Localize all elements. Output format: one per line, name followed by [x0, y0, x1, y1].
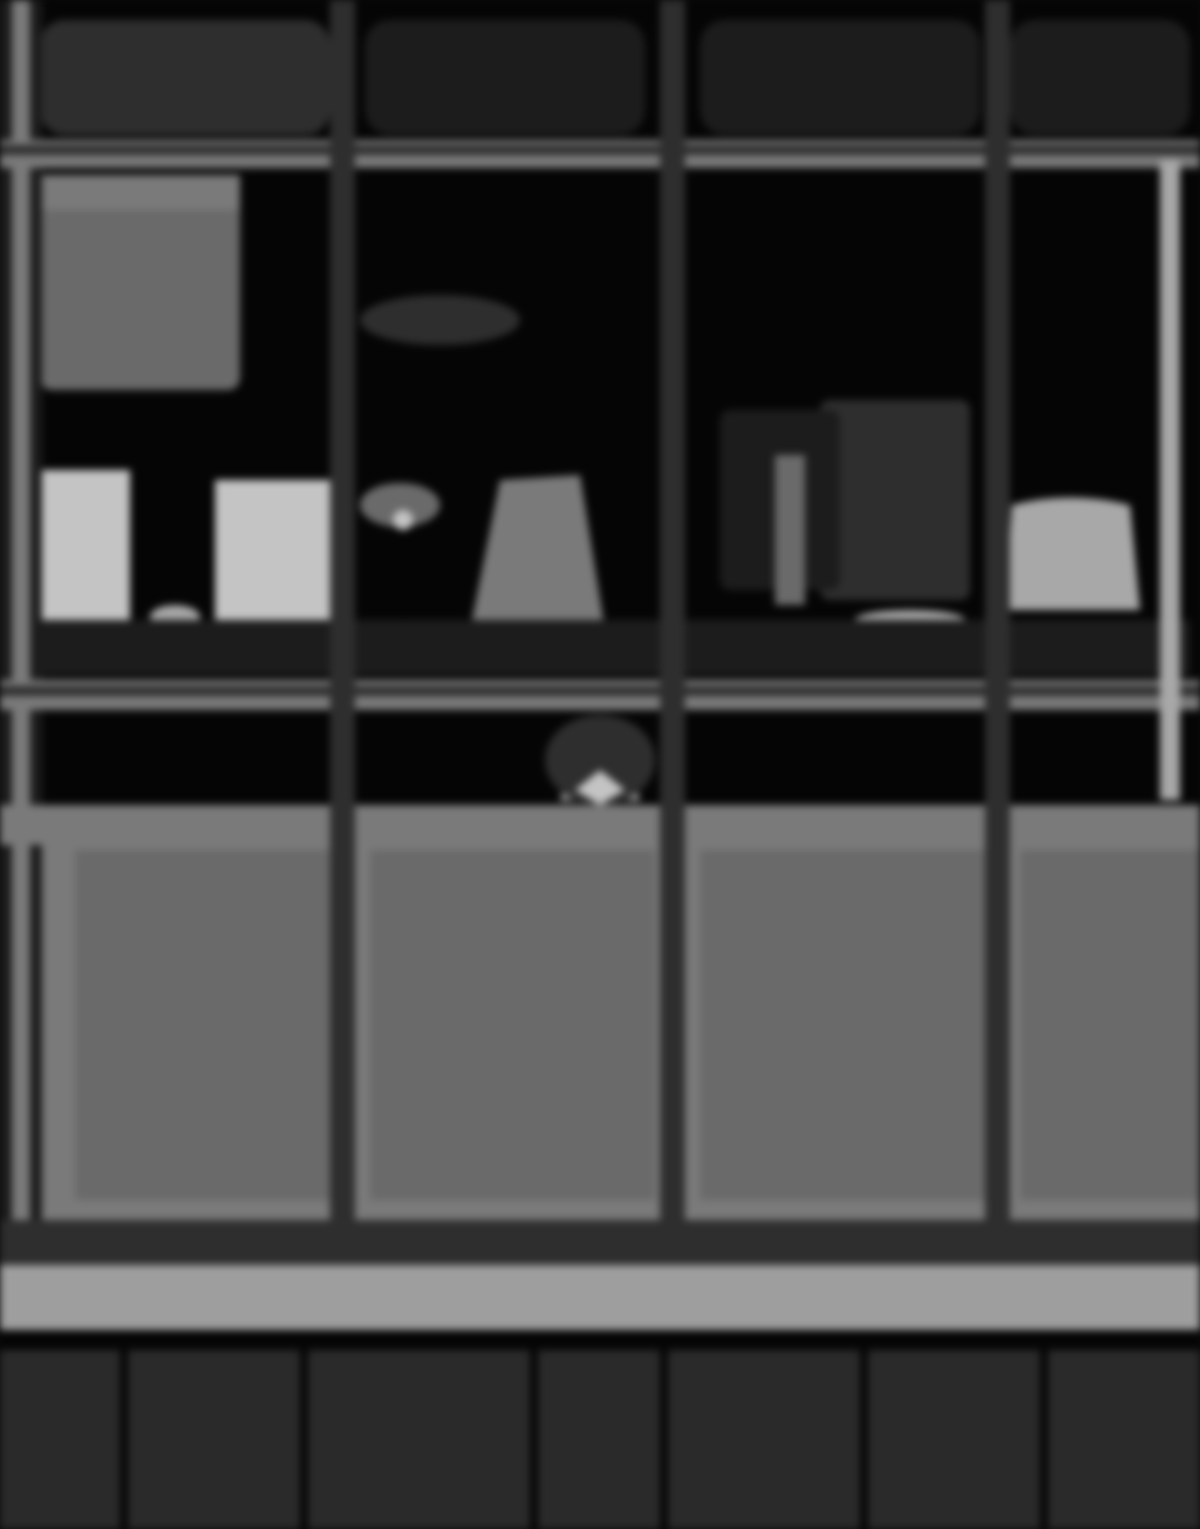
wood-boards: [0, 1350, 1200, 1529]
lower-panels: [40, 815, 1200, 1235]
cat: [545, 715, 655, 805]
hat-box-large: [40, 175, 240, 390]
photo-canvas: [0, 0, 1200, 1529]
top-shelf-boxes: [40, 20, 1190, 135]
photo-scene: Blurred black-and-white photograph of an…: [0, 0, 1200, 1529]
